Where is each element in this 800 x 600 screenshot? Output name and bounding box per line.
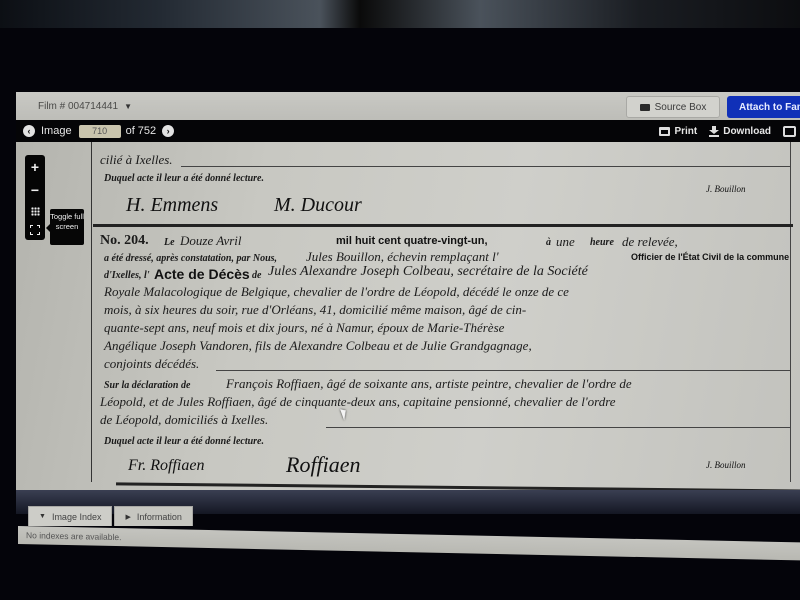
fill-line [181,166,791,167]
record-number: No. 204. [100,233,149,249]
printer-icon [659,127,670,136]
prev-signature-2: M. Ducour [274,194,362,217]
prev-signature-1: H. Emmens [126,194,218,217]
body-line-1: Royale Malacologique de Belgique, cheval… [104,284,569,300]
fill-line [326,427,791,428]
download-label: Download [723,126,771,137]
image-navigation-bar: ‹ Image of 752 › Print Download T [16,120,800,142]
officer-initials: J. Bouillon [706,460,746,470]
date-handwritten: Douze Avril [180,233,242,249]
hour-printed: heure [590,237,614,248]
body-line-4: Angélique Joseph Vandoren, fils de Alexa… [104,338,532,354]
next-image-button[interactable]: › [162,125,174,137]
fill-line [216,370,791,371]
grid-view-icon[interactable] [31,207,40,216]
record-separator [93,224,793,227]
prev-read-note: Duquel acte il leur a été donné lecture. [104,173,264,184]
line2-handwritten: Jules Bouillon, échevin remplaçant l' [306,249,499,265]
download-button[interactable]: Download [709,126,771,137]
prev-officer-initials: J. Bouillon [706,184,746,194]
attach-to-family-tree-button[interactable]: Attach to Family Tree [727,96,800,118]
previous-image-button[interactable]: ‹ [23,125,35,137]
deceased-name-line: Jules Alexandre Joseph Colbeau, secrétai… [268,264,588,280]
fullscreen-tooltip: Toggle full screen [50,209,84,245]
body-line-5: conjoints décédés. [104,356,199,372]
caret-down-icon: ▼ [39,513,46,520]
tab-image-index[interactable]: ▼ Image Index [28,506,112,526]
declaration-line-2: Léopold, et de Jules Roffiaen, âgé de ci… [100,394,616,410]
line3-printed: d'Ixelles, l' [104,270,150,281]
zoom-out-button[interactable]: − [31,183,39,197]
image-label: Image [41,125,72,137]
signature-2: Roffiaen [286,452,361,478]
body-line-2: mois, à six heures du soir, rue d'Orléan… [104,302,526,318]
prev-record-tail: cilié à Ixelles. [100,152,173,168]
zoom-in-button[interactable]: + [31,160,39,174]
image-actions: Print Download T [659,120,800,142]
print-button[interactable]: Print [659,126,697,137]
record-image-viewer[interactable]: cilié à Ixelles. Duquel acte il leur a é… [16,142,800,514]
line2-printed: a été dressé, après constatation, par No… [104,253,277,264]
source-box-label: Source Box [655,102,707,113]
fullscreen-icon[interactable] [30,225,40,235]
box-icon [640,104,650,111]
chevron-left-icon: ‹ [28,126,31,136]
hour-suffix-handwritten: de relevée, [622,234,678,250]
line2-printed-end: Officier de l'État Civil de la commune [631,252,789,262]
read-note: Duquel acte il leur a été donné lecture. [104,436,264,447]
tools-button[interactable]: T [783,126,800,137]
tab-information[interactable]: ▶ Information [114,506,192,526]
print-label: Print [674,126,697,137]
declaration-printed: Sur la déclaration de [104,380,190,391]
body-line-3: quante-sept ans, neuf mois et dix jours,… [104,320,504,336]
caret-right-icon: ▶ [125,513,130,521]
tab-label: Information [137,512,182,522]
chevron-right-icon: › [167,126,170,136]
attach-label: Attach to Family Tree [739,102,800,113]
download-icon [709,126,719,137]
hour-handwritten: une [556,234,575,250]
declaration-line-3: de Léopold, domiciliés à Ixelles. [100,412,268,428]
year-printed: mil huit cent quatre-vingt-un, [336,235,488,247]
declaration-line-1: François Roffiaen, âgé de soixante ans, … [226,376,632,392]
background-room [0,0,800,28]
no-index-message: No indexes are available. [26,530,121,542]
image-number-input[interactable] [79,125,121,138]
line3-de: de [252,270,261,281]
source-box-button[interactable]: Source Box [626,96,720,118]
zoom-controls: + − [25,155,45,240]
act-title: Acte de Décès [154,266,250,282]
date-prefix: Le [164,237,175,248]
tab-label: Image Index [52,512,102,522]
chevron-down-icon: ▼ [124,102,132,111]
signature-1: Fr. Roffiaen [128,457,204,475]
viewer-topbar: Film # 004714441 ▼ Source Box Attach to … [16,92,800,120]
bottom-tabs: ▼ Image Index ▶ Information [28,506,193,526]
film-number-dropdown[interactable]: Film # 004714441 ▼ [38,101,132,112]
sliders-icon [783,126,796,137]
hour-prefix: à [546,237,551,248]
image-total-label: of 752 [126,125,157,137]
film-number-label: Film # 004714441 [38,101,118,112]
